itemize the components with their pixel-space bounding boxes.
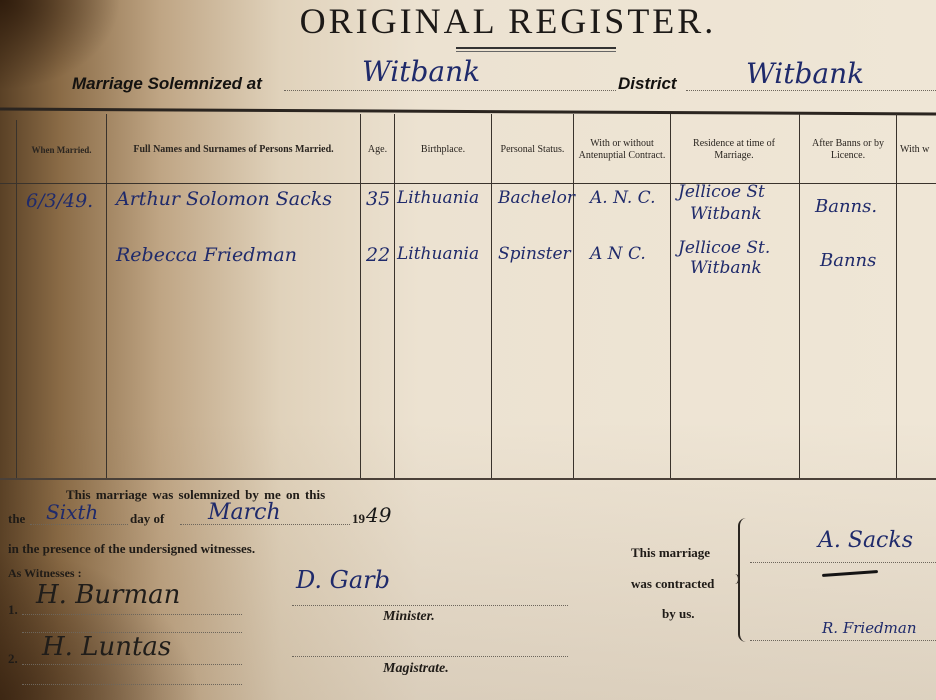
day-value: Sixth: [46, 500, 98, 524]
row1-residence-line1: Jellicoe St: [678, 182, 765, 202]
minister-label: Minister.: [383, 609, 435, 625]
col-header-birthplace: Birthplace.: [395, 120, 491, 180]
year-prefix: 19: [352, 511, 365, 527]
witness-2-signature: H. Luntas: [42, 632, 171, 662]
row1-contract: A. N. C.: [590, 188, 656, 208]
district-dotline: [686, 90, 936, 91]
groom-signature-line[interactable]: [750, 562, 936, 563]
col-line: [670, 114, 671, 478]
row1-banns: Banns.: [815, 196, 877, 217]
magistrate-label: Magistrate.: [383, 661, 449, 677]
row2-contract: A N C.: [590, 244, 646, 264]
row2-name: Rebecca Friedman: [116, 244, 297, 266]
minister-signature: D. Garb: [296, 566, 390, 594]
contracted-line1: This marriage: [631, 545, 710, 561]
title-underline-2: [456, 51, 616, 52]
col-header-personal-status: Personal Status.: [492, 120, 573, 180]
row1-residence-line2: Witbank: [690, 204, 762, 224]
col-header-when-married: When Married.: [17, 120, 106, 180]
witness-1-number: 1.: [8, 602, 18, 618]
minister-line[interactable]: [292, 605, 568, 606]
col-header-full-names: Full Names and Surnames of Persons Marri…: [107, 120, 360, 180]
presence-statement: in the presence of the undersigned witne…: [8, 541, 255, 557]
row2-residence-line1: Jellicoe St.: [678, 238, 770, 258]
row2-banns: Banns: [820, 250, 876, 271]
date-married: 6/3/49.: [26, 190, 93, 212]
col-line: [799, 114, 800, 478]
solemnized-statement: This marriage was solemnized by me on th…: [66, 487, 325, 503]
row1-status: Bachelor: [498, 188, 575, 208]
day-of-label: day of: [130, 511, 164, 527]
row2-status: Spinster: [498, 244, 571, 264]
year-value: 49: [366, 503, 391, 527]
solemnized-label: Marriage Solemnized at: [72, 74, 262, 94]
bride-signature-line[interactable]: [750, 640, 936, 641]
magistrate-line[interactable]: [292, 656, 568, 657]
witness-2-line[interactable]: [22, 664, 242, 665]
groom-signature: A. Sacks: [818, 528, 913, 553]
col-header-residence: Residence at time of Marriage.: [675, 120, 793, 180]
row1-name: Arthur Solomon Sacks: [116, 188, 332, 210]
row1-age: 35: [366, 188, 390, 210]
solemnized-value: Witbank: [362, 55, 480, 88]
district-value: Witbank: [746, 57, 864, 90]
table-top-rule: [0, 108, 936, 116]
page-title: ORIGINAL REGISTER.: [0, 0, 936, 42]
month-value: March: [208, 500, 281, 525]
groom-signature-underline: [822, 570, 878, 577]
witness-extra-line-2: [22, 684, 242, 685]
the-label: the: [8, 511, 25, 527]
bride-signature: R. Friedman: [822, 619, 917, 637]
row2-residence-line2: Witbank: [690, 258, 762, 278]
contracted-line2: was contracted: [631, 576, 714, 592]
col-header-age: Age.: [361, 120, 394, 180]
col-header-banns: After Banns or by Licence.: [802, 120, 894, 180]
solemnized-dotline: [284, 90, 616, 91]
row2-birthplace: Lithuania: [397, 244, 479, 264]
title-underline: [456, 47, 616, 49]
contracted-line3: by us.: [662, 606, 695, 622]
col-line: [896, 114, 897, 478]
col-header-antenuptial: With or without Antenuptial Contract.: [578, 120, 666, 180]
district-label: District: [618, 74, 677, 94]
day-dotline: [30, 524, 128, 525]
witness-1-line[interactable]: [22, 614, 242, 615]
row1-birthplace: Lithuania: [397, 188, 479, 208]
witnesses-label: As Witnesses :: [8, 566, 82, 581]
witness-2-number: 2.: [8, 651, 18, 667]
col-line: [573, 114, 574, 478]
witness-1-signature: H. Burman: [36, 580, 180, 610]
table-bottom-rule: [0, 478, 936, 480]
col-header-with: With w: [900, 120, 936, 180]
table-header-divider: [0, 183, 936, 184]
row2-age: 22: [366, 244, 390, 266]
